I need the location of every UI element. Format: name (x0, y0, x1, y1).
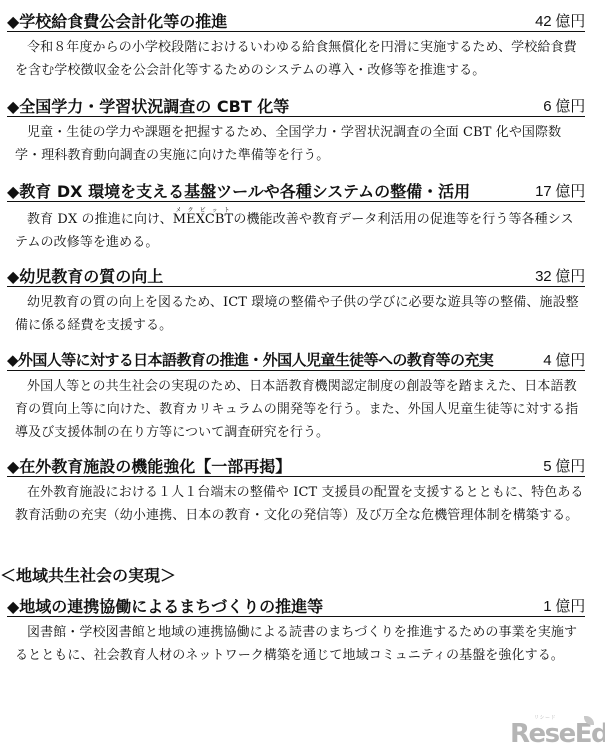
item-heading: ◆外国人等に対する日本語教育の推進・外国人児童生徒等への教育等の充実 4 億円 (7, 351, 585, 371)
item-japanese-language-education: ◆外国人等に対する日本語教育の推進・外国人児童生徒等への教育等の充実 4 億円 … (7, 351, 585, 444)
description-text-before: 教育 DX の推進に向け、 (27, 212, 173, 227)
item-overseas-schools: ◆在外教育施設の機能強化【一部再掲】 5 億円 在外教育施設における１人１台端末… (7, 457, 585, 527)
mexcbt-ruby: MEXCBTメクビット (173, 212, 234, 227)
item-school-lunch-accounting: ◆学校給食費公会計化等の推進 42 億円 令和８年度からの小学校段階におけるいわ… (7, 12, 585, 82)
item-heading: ◆全国学力・学習状況調査の CBT 化等 6 億円 (7, 97, 585, 117)
item-description: 教育 DX の推進に向け、MEXCBTメクビットの機能改善や教育データ利活用の促… (7, 202, 585, 254)
item-title: ◆在外教育施設の機能強化【一部再掲】 (7, 457, 291, 476)
item-description: 令和８年度からの小学校段階におけるいわゆる給食無償化を円滑に実施するため、学校給… (7, 32, 585, 82)
item-title: ◆地域の連携協働によるまちづくりの推進等 (7, 597, 323, 616)
item-heading: ◆学校給食費公会計化等の推進 42 億円 (7, 12, 585, 32)
item-national-assessment-cbt: ◆全国学力・学習状況調査の CBT 化等 6 億円 児童・生徒の学力や課題を把握… (7, 97, 585, 167)
item-title: ◆教育 DX 環境を支える基盤ツールや各種システムの整備・活用 (7, 182, 470, 201)
item-amount: 6 億円 (543, 97, 585, 116)
item-heading: ◆在外教育施設の機能強化【一部再掲】 5 億円 (7, 457, 585, 477)
item-heading: ◆教育 DX 環境を支える基盤ツールや各種システムの整備・活用 17 億円 (7, 182, 585, 202)
item-heading: ◆地域の連携協働によるまちづくりの推進等 1 億円 (7, 597, 585, 617)
item-amount: 32 億円 (535, 267, 585, 286)
item-amount: 17 億円 (535, 182, 585, 201)
item-description: 図書館・学校図書館と地域の連携協働による読書のまちづくりを推進するための事業を実… (7, 617, 585, 667)
ruby-base: MEXCBT (173, 212, 234, 227)
item-education-dx-infrastructure: ◆教育 DX 環境を支える基盤ツールや各種システムの整備・活用 17 億円 教育… (7, 182, 585, 254)
item-title: ◆学校給食費公会計化等の推進 (7, 12, 227, 31)
item-amount: 1 億円 (543, 597, 585, 616)
item-early-childhood-quality: ◆幼児教育の質の向上 32 億円 幼児教育の質の向上を図るため、ICT 環境の整… (7, 267, 585, 337)
reseed-watermark-logo: リシード ReseEd (510, 712, 600, 748)
item-description: 幼児教育の質の向上を図るため、ICT 環境の整備や子供の学びに必要な遊具等の整備… (7, 287, 585, 337)
item-title: ◆幼児教育の質の向上 (7, 267, 163, 286)
item-amount: 42 億円 (535, 12, 585, 31)
item-heading: ◆幼児教育の質の向上 32 億円 (7, 267, 585, 287)
item-description: 児童・生徒の学力や課題を把握するため、全国学力・学習状況調査の全面 CBT 化や… (7, 117, 585, 167)
item-title: ◆外国人等に対する日本語教育の推進・外国人児童生徒等への教育等の充実 (7, 351, 493, 370)
item-title: ◆全国学力・学習状況調査の CBT 化等 (7, 97, 289, 116)
section-header-regional-coexistence: ＜地域共生社会の実現＞ (0, 566, 176, 586)
ruby-reading: メクビット (173, 207, 234, 214)
item-regional-community-building: ◆地域の連携協働によるまちづくりの推進等 1 億円 図書館・学校図書館と地域の連… (7, 597, 585, 667)
item-amount: 5 億円 (543, 457, 585, 476)
item-description: 外国人等との共生社会の実現のため、日本語教育機関認定制度の創設等を踏まえた、日本… (7, 371, 585, 444)
item-amount: 4 億円 (543, 351, 585, 370)
item-description: 在外教育施設における１人１台端末の整備や ICT 支援員の配置を支援するとともに… (7, 477, 585, 527)
